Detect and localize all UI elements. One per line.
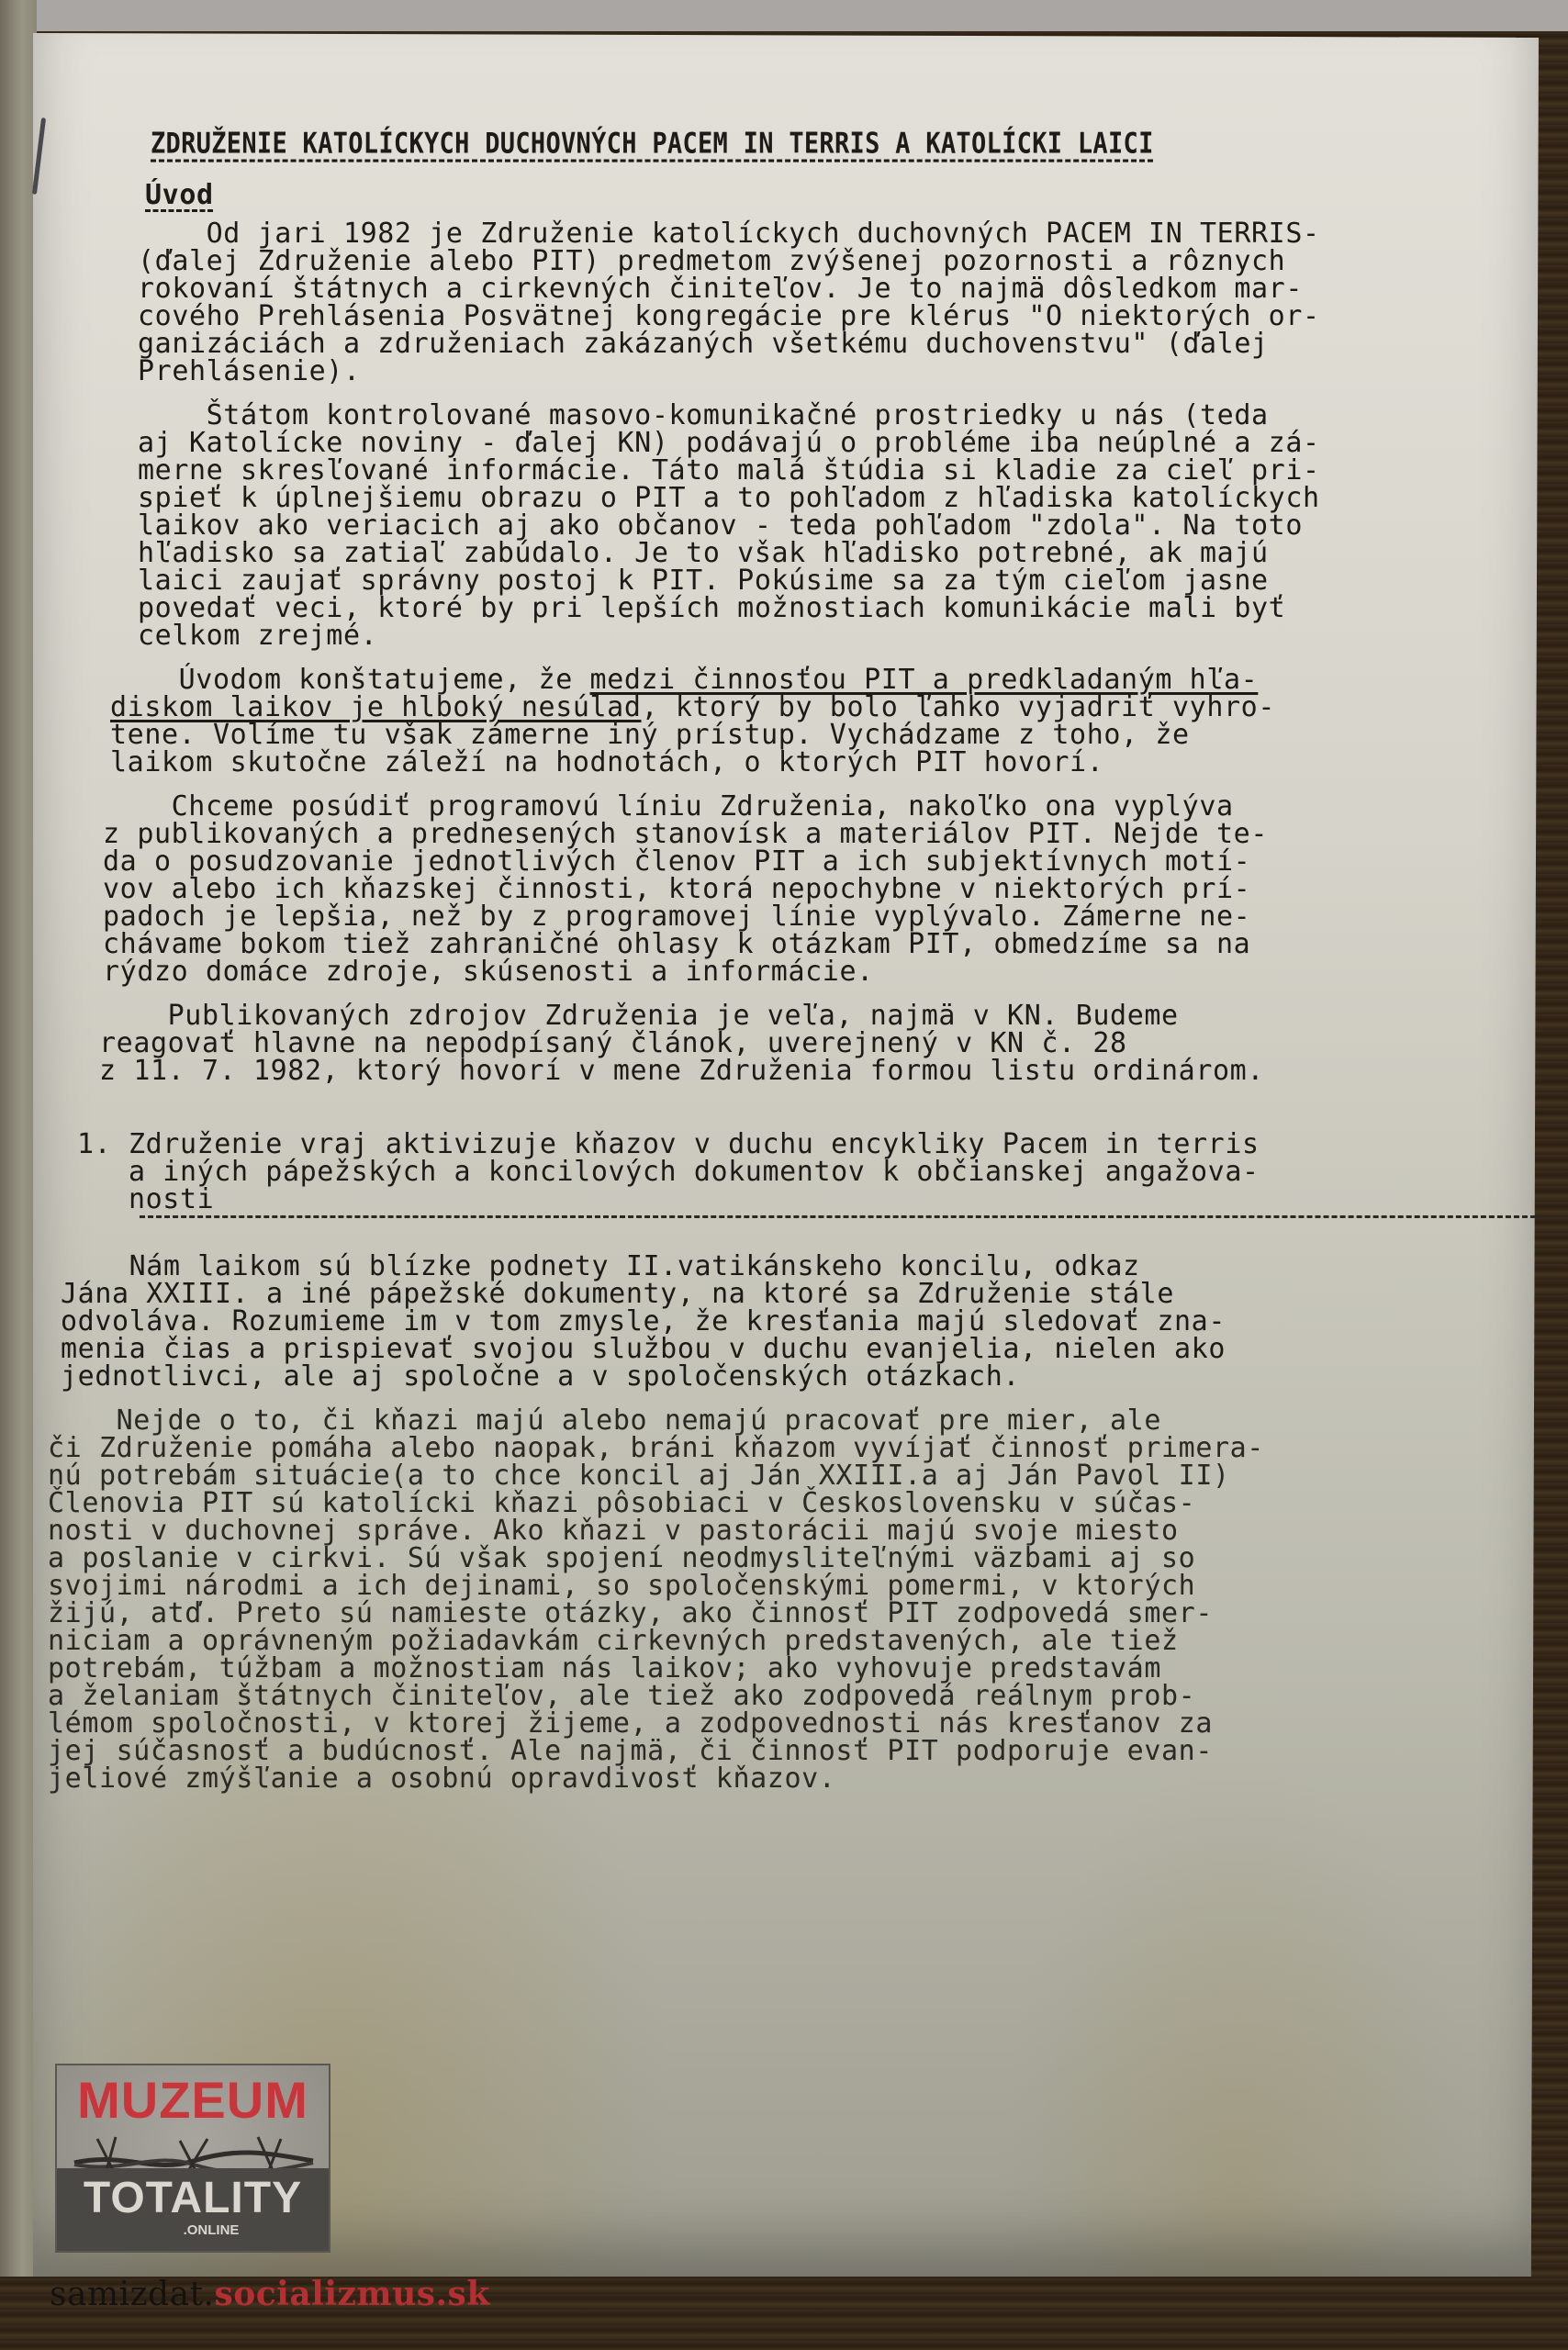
text-line: Jána XXIII. a iné pápežské dokumenty, na… [61,1281,1438,1308]
text-line: jej súčasnosť a budúcnosť. Ale najmä, či… [48,1738,1425,1765]
text-line: reagovať hlavne na nepodpísaný článok, u… [99,1030,1476,1057]
text-line: laikom skutočne záleží na hodnotách, o k… [110,749,1487,777]
document-title: ZDRUŽENIE KATOLÍCKYCH DUCHOVNÝCH PACEM I… [151,129,1542,161]
logo-bottom-band: TOTALITY .ONLINE [57,2168,329,2251]
logo-sub-text: .ONLINE [57,2223,329,2238]
section-1-heading: 1. Združenie vraj aktivizuje kňazov v du… [77,1131,1564,1214]
text-line: padoch je lepšia, než by z programovej l… [103,903,1480,931]
text-line: celkom zrejmé. [138,622,1515,650]
text-line: Členovia PIT sú katolícki kňazi pôsobiac… [48,1490,1425,1517]
text-line: nú potrebám situácie(a to chce koncil aj… [48,1462,1425,1490]
text-line: Chceme posúdiť programovú líniu Združeni… [103,793,1480,821]
text-line: aj Katolícke noviny - ďalej KN) podávajú… [138,430,1515,457]
text-line: diskom laikov je hlboký nesúlad, ktorý b… [110,694,1487,722]
watermark-prefix: samizdat. [50,2276,214,2313]
text-line: svojimi národmi a ich dejinami, so spolo… [48,1572,1425,1600]
text-line: niciam a oprávneným požiadavkám cirkevný… [48,1628,1425,1655]
watermark-domain: socializmus.sk [214,2275,489,2313]
paragraph-5: Publikovaných zdrojov Združenia je veľa,… [99,1002,1476,1085]
intro-heading: Úvod [145,182,1542,209]
text-line: tene. Volíme tu však zámerne iný prístup… [110,722,1487,749]
text-line: Úvodom konštatujeme, že medzi činnosťou … [110,666,1487,694]
text-line: z publikovaných a prednesených stanovísk… [103,821,1480,848]
text-line: nosti v duchovnej správe. Ako kňazi v pa… [48,1517,1425,1545]
text-line: rokovaní štátnych a cirkevných činiteľov… [138,275,1515,303]
text-line: menia čias a prispievať svojou službou v… [61,1336,1438,1363]
text-line: laikov ako veriacich aj ako občanov - te… [138,512,1515,540]
paragraph-1: Od jari 1982 je Združenie katolíckych du… [138,220,1515,386]
text-line: jednotlivci, ale aj spoločne a v spoloče… [61,1363,1438,1391]
site-watermark: samizdat.socializmus.sk [50,2275,490,2313]
document-body: ZDRUŽENIE KATOLÍCKYCH DUCHOVNÝCH PACEM I… [55,129,1542,1793]
background-wall [0,0,1568,31]
text-line: laici zaujať správny postoj k PIT. Pokús… [138,567,1515,595]
text-line: (ďalej Združenie alebo PIT) predmetom zv… [138,248,1515,275]
text-line: da o posudzovanie jednotlivých členov PI… [103,848,1480,876]
paragraph-4: Chceme posúdiť programovú líniu Združeni… [103,793,1480,986]
text-line: Od jari 1982 je Združenie katolíckych du… [138,220,1515,248]
text-line: lémom spoločnosti, v ktorej žijeme, a zo… [48,1710,1425,1738]
text-line: a iných pápežských a koncilových dokumen… [77,1158,1564,1186]
text-line: potrebám, túžbam a možnostiam nás laikov… [48,1655,1425,1683]
paragraph-3: Úvodom konštatujeme, že medzi činnosťou … [110,666,1487,777]
text-line: žijú, atď. Preto sú namieste otázky, ako… [48,1600,1425,1628]
text-line: a poslanie v cirkvi. Sú však spojení neo… [48,1545,1425,1572]
logo-bottom-text: TOTALITY [57,2168,329,2223]
text-line: ganizáciách a združeniach zakázaných vše… [138,330,1515,358]
text-line: Publikovaných zdrojov Združenia je veľa,… [99,1002,1476,1030]
text-line: jeliové zmýšľanie a osobnú opravdivosť k… [48,1765,1425,1793]
museum-logo: MUZEUM TOTALITY .ONLINE [55,2064,330,2253]
section-divider [140,1214,1544,1218]
text-line: či Združenie pomáha alebo naopak, bráni … [48,1435,1425,1462]
text-line: z 11. 7. 1982, ktorý hovorí v mene Združ… [99,1057,1476,1085]
text-line: Nejde o to, či kňazi majú alebo nemajú p… [48,1407,1425,1435]
logo-top-text: MUZEUM [57,2073,329,2128]
text-line: a želaniam štátnych činiteľov, ale tiež … [48,1683,1425,1710]
text-line: rýdzo domáce zdroje, skúsenosti a inform… [103,958,1480,986]
text-line: vov alebo ich kňazskej činnosti, ktorá n… [103,876,1480,903]
text-line: merne skresľované informácie. Táto malá … [138,457,1515,485]
text-line: Nám laikom sú blízke podnety II.vatikáns… [61,1253,1438,1281]
text-line: chávame bokom tiež zahraničné ohlasy k o… [103,931,1480,958]
text-line: Štátom kontrolované masovo-komunikačné p… [138,402,1515,430]
paper-stack-edge [0,0,37,2277]
text-line: 1. Združenie vraj aktivizuje kňazov v du… [77,1131,1564,1158]
text-line: povedať veci, ktoré by pri lepších možno… [138,595,1515,622]
text-line: hľadisko sa zatiaľ zabúdalo. Je to však … [138,540,1515,567]
paragraph-2: Štátom kontrolované masovo-komunikačné p… [138,402,1515,650]
text-line: spieť k úplnejšiemu obrazu o PIT a to po… [138,485,1515,512]
photo-scene: ZDRUŽENIE KATOLÍCKYCH DUCHOVNÝCH PACEM I… [0,0,1568,2350]
text-line: Prehlásenie). [138,358,1515,386]
text-line: odvoláva. Rozumieme im v tom zmysle, že … [61,1308,1438,1336]
text-line: cového Prehlásenia Posvätnej kongregácie… [138,303,1515,330]
section-1-paragraph-1: Nám laikom sú blízke podnety II.vatikáns… [61,1253,1438,1391]
text-line: nosti [77,1186,1564,1214]
section-1-paragraph-2: Nejde o to, či kňazi majú alebo nemajú p… [48,1407,1425,1793]
